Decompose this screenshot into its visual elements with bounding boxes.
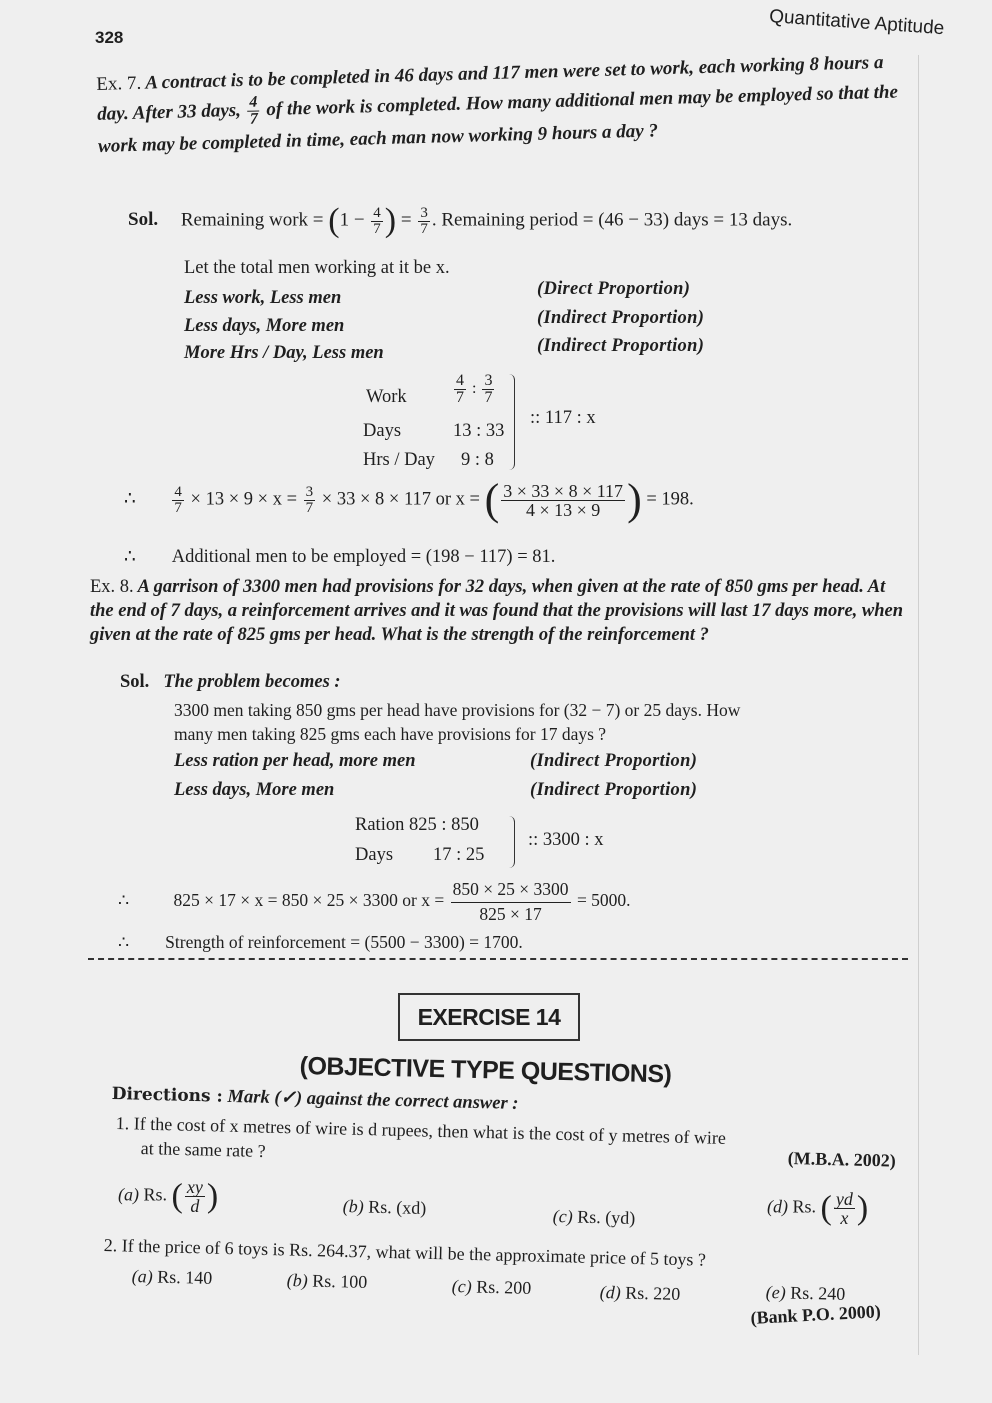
q2-option-a[interactable]: (a) Rs. 140 — [131, 1266, 212, 1289]
ex8-relation-2: Less days, More men — [174, 780, 334, 801]
ex7-prop-work-label: Work — [366, 387, 407, 408]
ex8-solution-heading: Sol.The problem becomes : — [120, 672, 341, 693]
section-divider — [88, 958, 908, 960]
ex7-relation-1: Less work, Less men — [184, 288, 341, 309]
ex8-restated-2: many men taking 825 gms each have provis… — [174, 724, 606, 745]
ex7-prop-rhs: :: 117 : x — [530, 408, 596, 429]
q2-option-d[interactable]: (d) Rs. 220 — [599, 1282, 680, 1305]
ex7-additional-men: ∴Additional men to be employed = (198 − … — [124, 546, 555, 568]
book-page: 328 Quantitative Aptitude Ex. 7. A contr… — [0, 0, 992, 1403]
ex7-brace — [506, 374, 515, 470]
ex7-prop-work-values: 47 : 37 — [452, 373, 496, 406]
ex7-prop-days-label: Days — [363, 421, 401, 442]
ex7-relation-2: Less days, More men — [184, 316, 344, 337]
ex8-prop-ration: Ration 825 : 850 — [355, 815, 479, 836]
question-2: 2. If the price of 6 toys is Rs. 264.37,… — [103, 1235, 706, 1271]
question-1-line2: at the same rate ? — [140, 1138, 265, 1162]
directions: Directions : Mark (✓) against the correc… — [111, 1083, 518, 1115]
ex7-fraction: 47 — [247, 94, 260, 127]
q2-option-b[interactable]: (b) Rs. 100 — [286, 1270, 367, 1293]
ex7-let-line: Let the total men working at it be x. — [184, 258, 450, 279]
ex7-relation-3-type: (Indirect Proportion) — [537, 336, 704, 357]
ex7-solution-line: Sol. Remaining work = (1 − 47) = 37. Rem… — [128, 204, 792, 238]
ex7-relation-3: More Hrs / Day, Less men — [184, 343, 384, 364]
exercise-title: EXERCISE 14 — [398, 993, 580, 1041]
ex8-relation-2-type: (Indirect Proportion) — [530, 780, 697, 801]
q1-option-c[interactable]: (c) Rs. (yd) — [552, 1206, 635, 1229]
ex8-relation-1: Less ration per head, more men — [174, 751, 416, 772]
ex8-relation-1-type: (Indirect Proportion) — [530, 751, 697, 772]
q2-option-c[interactable]: (c) Rs. 200 — [451, 1276, 531, 1299]
ex7-label: Ex. 7. — [96, 73, 141, 95]
q1-option-d[interactable]: (d) Rs. (ydx) — [767, 1190, 868, 1227]
ex8-strength: ∴Strength of reinforcement = (5500 − 330… — [118, 932, 523, 953]
ex8-brace — [507, 816, 515, 868]
ex7-sol-label: Sol. — [128, 209, 158, 230]
ex7-prop-hrs-label: Hrs / Day — [363, 450, 435, 471]
ex7-prop-days-value: 13 : 33 — [453, 421, 504, 442]
ex7-relation-2-type: (Indirect Proportion) — [537, 308, 704, 329]
ex8-equation: ∴ 825 × 17 × x = 850 × 25 × 3300 or x = … — [118, 878, 631, 926]
page-edge-line — [918, 55, 919, 1355]
running-title: Quantitative Aptitude — [768, 6, 944, 40]
ex7-prop-hrs-value: 9 : 8 — [461, 450, 494, 471]
question-2-source: (Bank P.O. 2000) — [750, 1301, 881, 1329]
ex8-prop-days: Days17 : 25 — [355, 845, 484, 866]
ex8-restated-1: 3300 men taking 850 gms per head have pr… — [174, 700, 740, 721]
ex8-prop-rhs: :: 3300 : x — [528, 830, 604, 851]
ex8-label: Ex. 8. — [90, 577, 134, 597]
ex8-question: Ex. 8. A garrison of 3300 men had provis… — [90, 575, 910, 647]
page-number: 328 — [95, 28, 123, 48]
q1-option-b[interactable]: (b) Rs. (xd) — [342, 1196, 426, 1219]
q2-option-e[interactable]: (e) Rs. 240 — [765, 1282, 845, 1305]
exercise-subtitle: (OBJECTIVE TYPE QUESTIONS) — [299, 1052, 671, 1089]
question-1-source: (M.B.A. 2002) — [787, 1148, 895, 1172]
ex7-question: Ex. 7. A contract is to be completed in … — [96, 47, 910, 161]
ex7-relation-1-type: (Direct Proportion) — [537, 279, 690, 300]
q1-option-a[interactable]: (a) Rs. (xyd) — [118, 1178, 218, 1215]
ex7-equation: ∴ 47 × 13 × 9 × x = 37 × 33 × 8 × 117 or… — [124, 478, 694, 522]
